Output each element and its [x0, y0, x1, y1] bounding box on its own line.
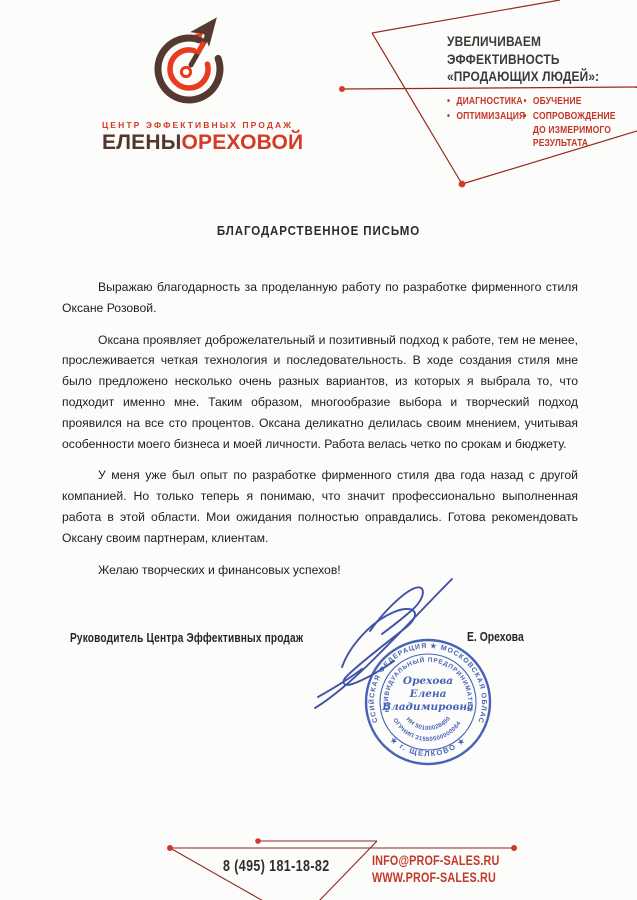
promo-bullet-list: ДИАГНОСТИКА ОБУЧЕНИЕ ОПТИМИЗАЦИЯ СОПРОВО… [447, 95, 609, 151]
logo-name: ЕЛЕНЫОРЕХОВОЙ [102, 131, 284, 155]
logo-name-part1: ЕЛЕНЫ [102, 131, 181, 154]
paragraph: У меня уже был опыт по разработке фирмен… [62, 465, 578, 548]
deco-line [372, 0, 560, 33]
deco-dot [255, 838, 261, 844]
paragraph: Оксана проявляет доброжелательный и пози… [62, 330, 578, 455]
promo-title: УВЕЛИЧИВАЕМ ЭФФЕКТИВНОСТЬ «ПРОДАЮЩИХ ЛЮД… [447, 33, 609, 86]
promo-bullet: ОПТИМИЗАЦИЯ [447, 110, 520, 151]
footer-decoration [0, 800, 637, 900]
deco-dot [511, 845, 517, 851]
paragraph: Выражаю благодарность за проделанную раб… [62, 277, 578, 319]
promo-block: УВЕЛИЧИВАЕМ ЭФФЕКТИВНОСТЬ «ПРОДАЮЩИХ ЛЮД… [447, 33, 609, 151]
footer-phone: 8 (495) 181-18-82 [223, 858, 330, 876]
deco-dot [339, 86, 345, 92]
deco-dot [167, 845, 173, 851]
promo-title-line: УВЕЛИЧИВАЕМ [447, 33, 609, 51]
promo-title-line: ЭФФЕКТИВНОСТЬ [447, 51, 609, 69]
target-arrow-logo-icon [133, 10, 253, 118]
logo-caption: ЦЕНТР ЭФФЕКТИВНЫХ ПРОДАЖ [102, 120, 284, 130]
stamp-name-line: Владимировна [381, 701, 474, 713]
promo-bullet: СОПРОВОЖДЕНИЕ ДО ИЗМЕРИМОГО РЕЗУЛЬТАТА [524, 110, 624, 151]
letter-page: ЦЕНТР ЭФФЕКТИВНЫХ ПРОДАЖ ЕЛЕНЫОРЕХОВОЙ У… [0, 0, 637, 900]
svg-text:★ ИНДИВИДУАЛЬНЫЙ ПРЕДПРИНИМАТЕ: ★ ИНДИВИДУАЛЬНЫЙ ПРЕДПРИНИМАТЕЛЬ ★ [343, 617, 473, 713]
promo-title-line: «ПРОДАЮЩИХ ЛЮДЕЙ»: [447, 68, 609, 86]
promo-bullet: ОБУЧЕНИЕ [524, 95, 624, 109]
footer-email: INFO@PROF-SALES.RU [372, 853, 499, 870]
signer-role: Руководитель Центра Эффективных продаж [70, 630, 303, 645]
logo-name-part2: ОРЕХОВОЙ [181, 131, 303, 154]
stamp-middle-text: ★ ИНДИВИДУАЛЬНЫЙ ПРЕДПРИНИМАТЕЛЬ ★ [343, 617, 473, 713]
letter-body: Выражаю благодарность за проделанную раб… [62, 277, 578, 591]
promo-bullet: ДИАГНОСТИКА [447, 95, 520, 109]
stamp-name-line: Орехова [403, 675, 453, 687]
footer-contacts: INFO@PROF-SALES.RU WWW.PROF-SALES.RU [372, 853, 499, 886]
company-stamp: РОССИЙСКАЯ ФЕДЕРАЦИЯ ★ МОСКОВСКАЯ ОБЛАСТ… [343, 617, 513, 787]
stamp-name-line: Елена [409, 688, 447, 700]
deco-dot [459, 181, 466, 188]
company-logo: ЦЕНТР ЭФФЕКТИВНЫХ ПРОДАЖ ЕЛЕНЫОРЕХОВОЙ [102, 10, 284, 155]
letter-title: БЛАГОДАРСТВЕННОЕ ПИСЬМО [25, 224, 611, 238]
footer-website: WWW.PROF-SALES.RU [372, 870, 499, 887]
